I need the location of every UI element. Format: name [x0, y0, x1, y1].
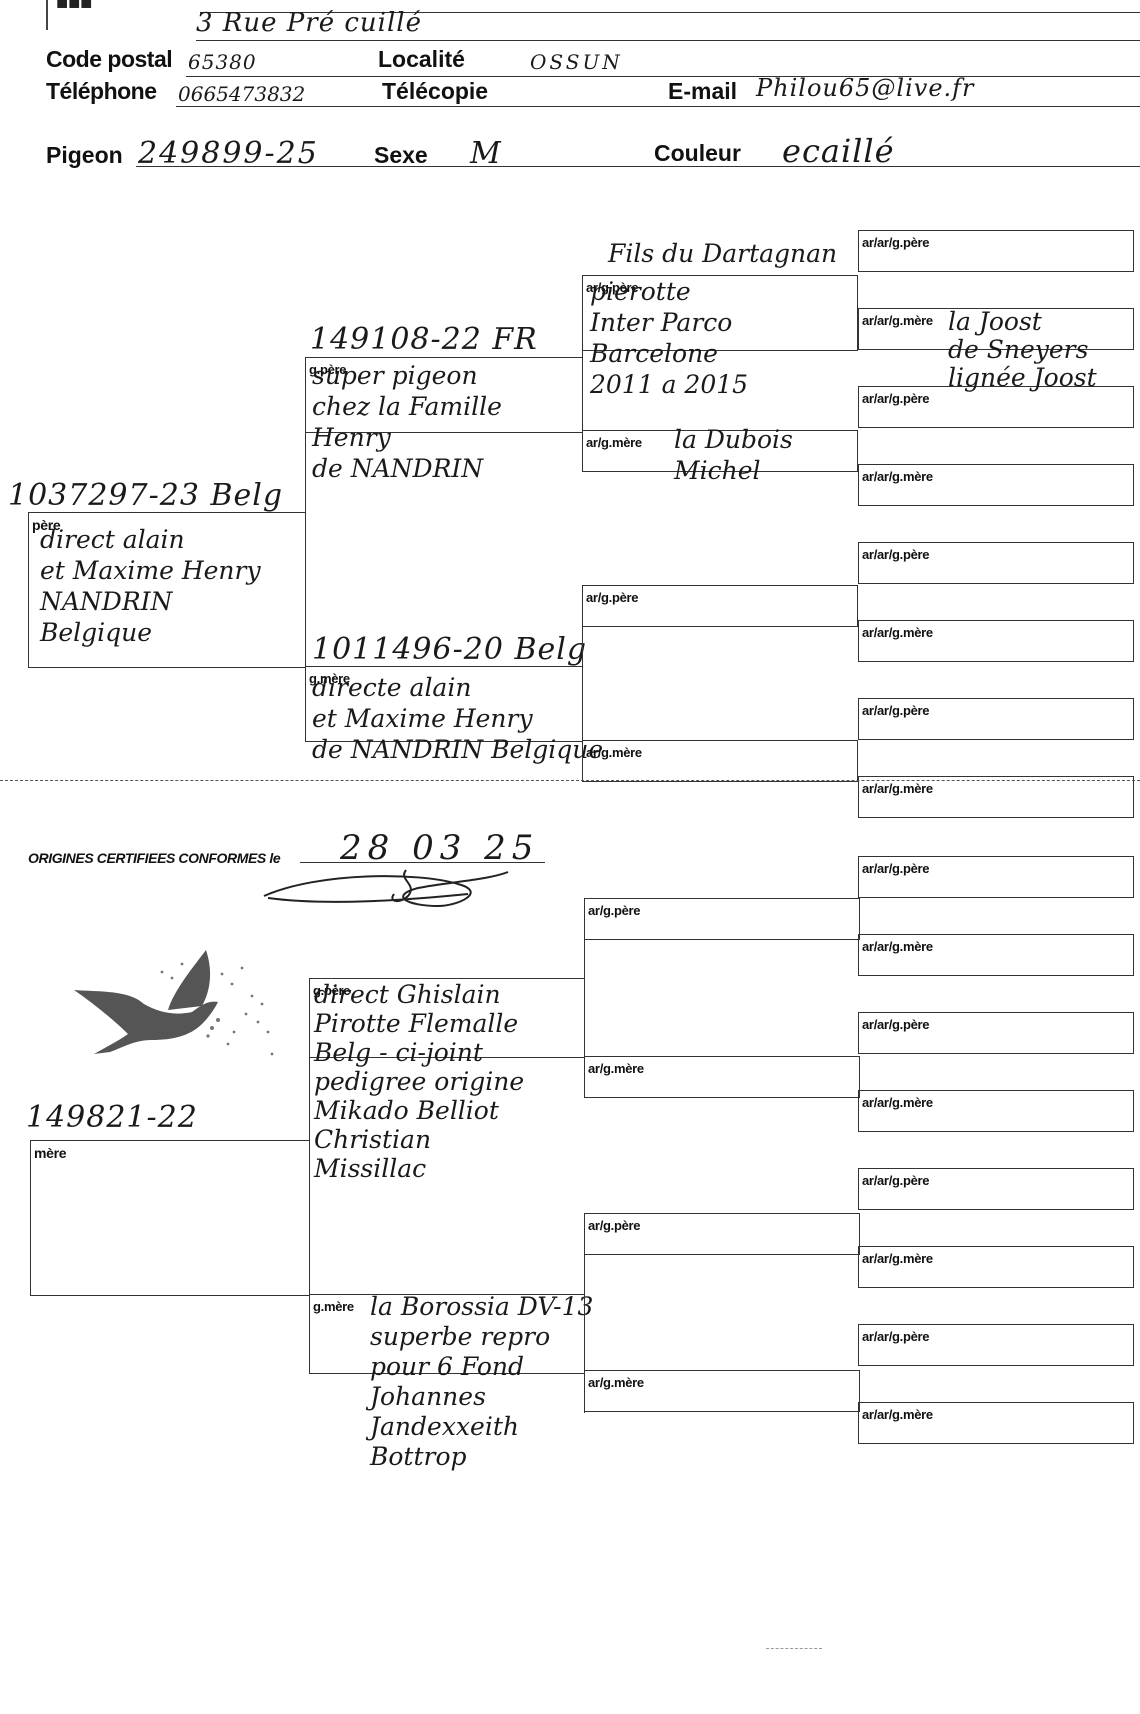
mere-gmere-ar-gmere-box[interactable]: ar/g.mère [584, 1370, 860, 1412]
pere-arar-tag-6: ar/ar/g.mère [862, 625, 933, 640]
pere-gmere-ar-gmere-tag: ar/g.mère [586, 745, 642, 760]
localite-value[interactable]: OSSUN [530, 50, 623, 74]
localite-label: Localité [378, 46, 465, 73]
pere-arar-tag-8: ar/ar/g.mère [862, 781, 933, 796]
pere-arar-tag-5: ar/ar/g.père [862, 547, 929, 562]
code-postal-label: Code postal [46, 46, 172, 73]
mere-gmere-tag: g.mère [313, 1299, 354, 1314]
left-margin-edge [46, 0, 48, 30]
mere-arar-box-5[interactable]: ar/ar/g.père [858, 1168, 1134, 1210]
pere-arar-tag-2: ar/ar/g.mère [862, 313, 933, 328]
couleur-value[interactable]: ecaillé [782, 132, 895, 170]
pere-arar-box-6[interactable]: ar/ar/g.mère [858, 620, 1134, 662]
mere-arar-box-2[interactable]: ar/ar/g.mère [858, 934, 1134, 976]
pigeon-label: Pigeon [46, 142, 123, 169]
email-value[interactable]: Philou65@live.fr [756, 74, 975, 102]
email-label: E-mail [668, 78, 737, 105]
pere-arar-tag-7: ar/ar/g.père [862, 703, 929, 718]
code-postal-value[interactable]: 65380 [188, 50, 257, 74]
mere-gpere-ar-gpere-box[interactable]: ar/g.père [584, 898, 860, 940]
sexe-label: Sexe [374, 142, 428, 169]
mere-tag: mère [34, 1145, 66, 1161]
certification-line [300, 862, 545, 863]
pere-gmere-ar-gpere-box[interactable]: ar/g.père [582, 585, 858, 627]
pere-gmere-ring-number[interactable]: 1011496-20 Belg [312, 632, 587, 667]
mere-arar-box-1[interactable]: ar/ar/g.père [858, 856, 1134, 898]
scan-artifact [766, 1648, 822, 1649]
pere-gmere-notes[interactable]: directe alain et Maxime Henry de NANDRIN… [312, 672, 603, 765]
pere-arar-tag-1: ar/ar/g.père [862, 235, 929, 250]
mere-gmere-ar-gmere-tag: ar/g.mère [588, 1375, 644, 1390]
mere-gpere-ar-gmere-box[interactable]: ar/g.mère [584, 1056, 860, 1098]
telephone-line [176, 106, 1140, 107]
code-postal-line [186, 76, 1140, 77]
mere-gmere-ar-gpere-tag: ar/g.père [588, 1218, 640, 1233]
pere-arar-note-2[interactable]: la Joost de Sneyers lignée Joost [948, 308, 1097, 392]
mere-arar-box-7[interactable]: ar/ar/g.père [858, 1324, 1134, 1366]
address-value[interactable]: 3 Rue Pré cuillé [196, 8, 422, 38]
pere-gpere-notes[interactable]: super pigeon chez la Famille Henry de NA… [312, 360, 502, 484]
mere-arar-box-3[interactable]: ar/ar/g.père [858, 1012, 1134, 1054]
pere-arar-tag-4: ar/ar/g.mère [862, 469, 933, 484]
telephone-value[interactable]: 0665473832 [178, 82, 305, 106]
address-line [196, 40, 1140, 41]
pere-gpere-ring-number[interactable]: 149108-22 FR [310, 322, 538, 357]
mere-arar-box-6[interactable]: ar/ar/g.mère [858, 1246, 1134, 1288]
telecopie-label: Télécopie [382, 78, 488, 105]
mere-gpere-notes[interactable]: direct Ghislain Pirotte Flemalle Belg - … [314, 980, 524, 1183]
certification-label: ORIGINES CERTIFIEES CONFORMES le [28, 850, 280, 866]
mere-arar-tag-5: ar/ar/g.père [862, 1173, 929, 1188]
mere-gmere-ar-gpere-box[interactable]: ar/g.père [584, 1213, 860, 1255]
pere-notes[interactable]: direct alain et Maxime Henry NANDRIN Bel… [40, 524, 261, 648]
pere-gmere-ar-gpere-tag: ar/g.père [586, 590, 638, 605]
pere-ring-number[interactable]: 1037297-23 Belg [8, 478, 283, 513]
mere-box[interactable]: mère [30, 1140, 310, 1296]
fold-line [0, 780, 1140, 781]
couleur-label: Couleur [654, 140, 741, 167]
mere-arar-box-4[interactable]: ar/ar/g.mère [858, 1090, 1134, 1132]
signature-scribble [258, 866, 518, 916]
pere-arar-box-8[interactable]: ar/ar/g.mère [858, 776, 1134, 818]
pere-gpere-ar-gpere-notes[interactable]: pierotte Inter Parco Barcelone 2011 a 20… [590, 276, 748, 400]
pere-gmere-ar-gmere-box[interactable]: ar/g.mère [582, 740, 858, 782]
pere-arar-box-3[interactable]: ar/ar/g.père [858, 386, 1134, 428]
pigeon-line [136, 166, 1140, 167]
mere-arar-tag-1: ar/ar/g.père [862, 861, 929, 876]
pere-gpere-ar-gpere-above[interactable]: Fils du Dartagnan [608, 238, 837, 269]
header-cut-label: ■■■ [56, 0, 92, 15]
flying-pigeon-icon [62, 944, 282, 1084]
mere-arar-tag-4: ar/ar/g.mère [862, 1095, 933, 1110]
pere-arar-box-5[interactable]: ar/ar/g.père [858, 542, 1134, 584]
mere-arar-tag-8: ar/ar/g.mère [862, 1407, 933, 1422]
mere-gpere-ar-gpere-tag: ar/g.père [588, 903, 640, 918]
pere-arar-tag-3: ar/ar/g.père [862, 391, 929, 406]
pere-arar-box-4[interactable]: ar/ar/g.mère [858, 464, 1134, 506]
mere-arar-box-8[interactable]: ar/ar/g.mère [858, 1402, 1134, 1444]
mere-gpere-ar-gmere-tag: ar/g.mère [588, 1061, 644, 1076]
pere-arar-box-7[interactable]: ar/ar/g.père [858, 698, 1134, 740]
mere-gmere-notes[interactable]: la Borossia DV-13 superbe repro pour 6 F… [370, 1292, 593, 1472]
pere-gpere-ar-gmere-tag: ar/g.mère [586, 435, 642, 450]
mere-ring-number[interactable]: 149821-22 [26, 1100, 198, 1135]
pere-gpere-ar-gmere-notes[interactable]: la Dubois Michel [674, 424, 793, 486]
telephone-label: Téléphone [46, 78, 157, 105]
pere-arar-box-1[interactable]: ar/ar/g.père [858, 230, 1134, 272]
mere-arar-tag-2: ar/ar/g.mère [862, 939, 933, 954]
mere-arar-tag-3: ar/ar/g.père [862, 1017, 929, 1032]
mere-arar-tag-6: ar/ar/g.mère [862, 1251, 933, 1266]
mere-arar-tag-7: ar/ar/g.père [862, 1329, 929, 1344]
